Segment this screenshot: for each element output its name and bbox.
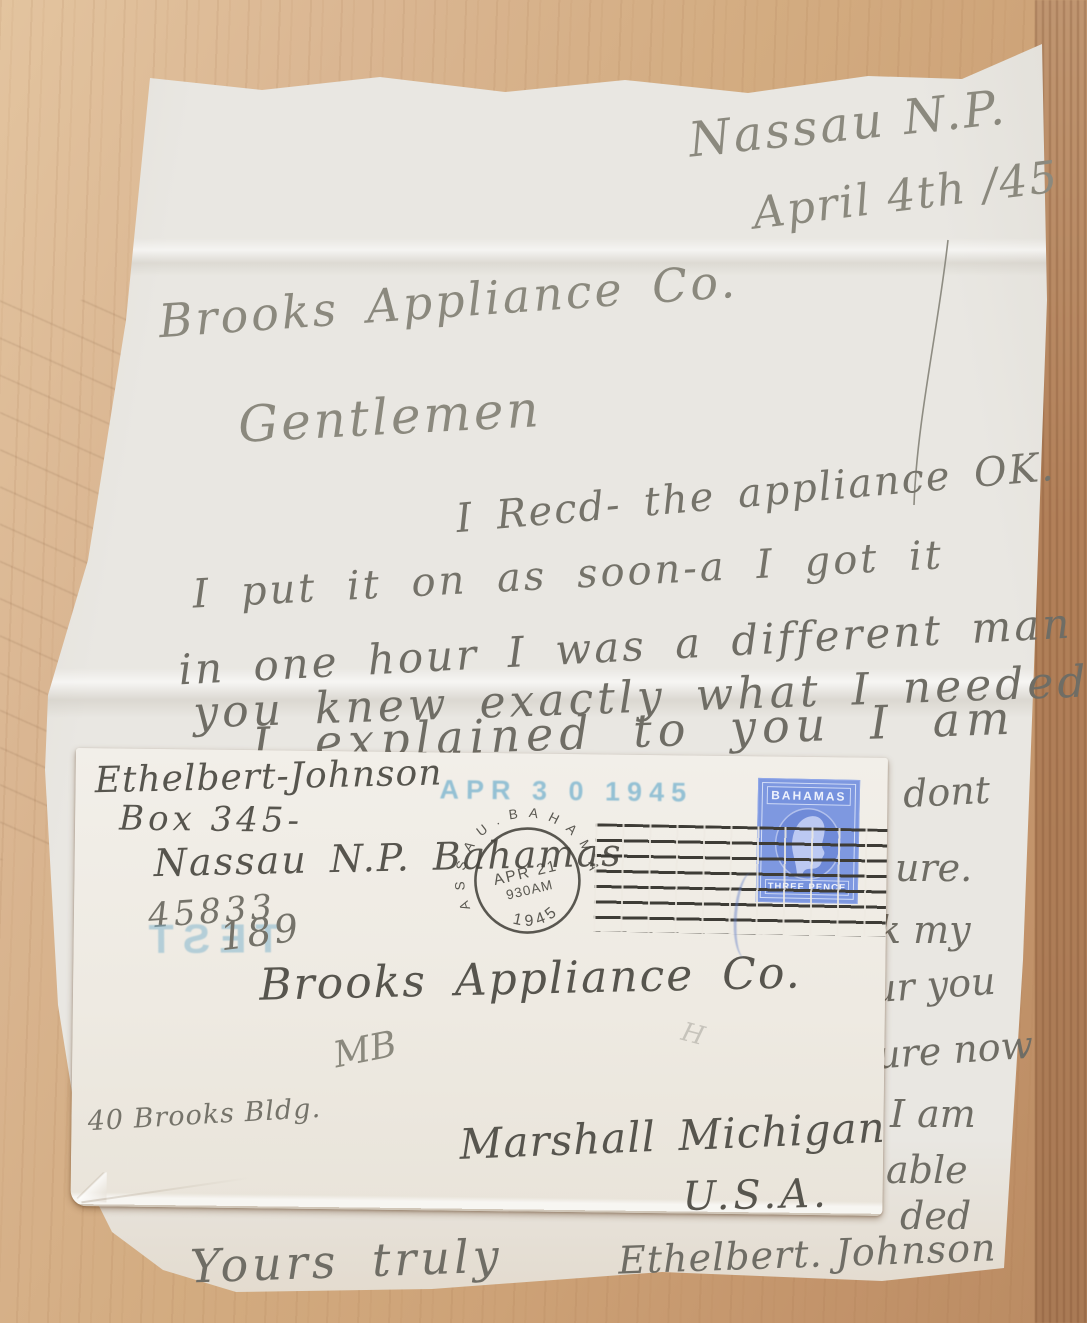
nassau-postmark: NASSAU.BAHAMAS APR 21 930AM 1945 (437, 790, 617, 970)
address-building: 40 Brooks Bldg. (87, 1093, 322, 1137)
photo-letter-and-envelope: Nassau N.P. April 4th /45 Brooks Applian… (0, 0, 1087, 1323)
envelope-sender-box: Box 345- (119, 799, 303, 841)
letter-fragment-1: dont (902, 768, 991, 816)
envelope-sender-name: Ethelbert-Johnson (94, 752, 443, 801)
address-city: Marshall Michigan (458, 1103, 886, 1169)
postmark-year: 1945 (508, 900, 565, 935)
letter-fragment-7: able (886, 1148, 968, 1192)
faint-pencil-mark: H (678, 1017, 708, 1052)
letter-fragment-4: ur you (871, 959, 997, 1012)
stamp-country-label: BAHAMAS (767, 786, 851, 806)
address-country: U.S.A. (682, 1171, 830, 1220)
letter-closing: Yours truly (189, 1229, 503, 1294)
monogram-mb: MB (330, 1024, 400, 1077)
letter-fragment-6: I am (890, 1092, 976, 1136)
letter-fragment-3: k my (878, 908, 971, 952)
pencil-number-189: 189 (217, 905, 303, 959)
envelope-addressee: Brooks Appliance Co. (259, 947, 802, 1010)
envelope: Ethelbert-Johnson Box 345- Nassau N.P. B… (70, 748, 888, 1216)
letter-fragment-2: ure. (895, 846, 972, 890)
